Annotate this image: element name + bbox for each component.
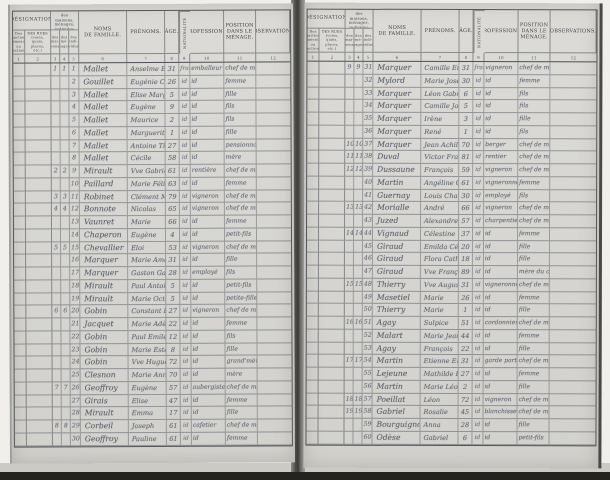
cell-num: 54 xyxy=(363,355,373,368)
cell-menage xyxy=(60,76,69,89)
header-sub-sections: Des quartiers, hameaux ou sections xyxy=(307,29,319,53)
cell-age: 44 xyxy=(459,330,473,343)
cell-sec xyxy=(14,319,26,332)
table-row: 131342MorialleAndré66idvigneronchef de m… xyxy=(307,202,596,216)
cell-sec xyxy=(14,242,26,255)
cell-nat: id xyxy=(180,127,191,140)
cell-nat: id xyxy=(180,165,191,178)
cell-nat: id xyxy=(473,215,484,228)
table-row: 3MalletElise Marguerite5ididfille xyxy=(13,88,290,102)
cell-maison xyxy=(345,266,354,279)
cell-num: 40 xyxy=(363,177,373,190)
cell-maison xyxy=(345,304,354,317)
table-row: 19MiraultMarie Octavie5ididpetite-fille xyxy=(14,292,291,306)
cell-obs xyxy=(257,177,291,190)
cell-nat: id xyxy=(472,432,483,445)
cell-position: fils xyxy=(224,114,256,127)
header-age: ÂGE. xyxy=(459,10,473,53)
cell-profession: id xyxy=(484,292,518,305)
cell-nat: id xyxy=(180,178,191,191)
cell-sec xyxy=(13,115,25,128)
cell-profession: id xyxy=(484,100,518,113)
cell-maison xyxy=(345,342,354,355)
cell-profession: id xyxy=(190,88,224,101)
cell-profession: berger xyxy=(484,139,518,152)
cell-profession: id xyxy=(191,343,225,356)
cell-nom: Gouillet xyxy=(79,76,127,89)
cell-nat: id xyxy=(473,292,484,305)
cell-nat: id xyxy=(181,356,192,369)
cell-position: fils xyxy=(518,100,550,113)
cell-age: 4 xyxy=(166,229,180,242)
cell-obs xyxy=(257,126,291,139)
cell-age: 61 xyxy=(166,165,180,178)
table-row: 21JacquetMarie Adèle22ididfemme xyxy=(14,317,291,331)
cell-rue xyxy=(25,102,51,115)
cell-maison: 12 xyxy=(345,164,354,177)
cell-nom: Mallet xyxy=(79,101,127,114)
cell-maison xyxy=(52,216,61,229)
cell-rue xyxy=(26,140,52,153)
cell-age: 30 xyxy=(459,75,473,88)
table-row: 59BourguignonAnna28ididfille xyxy=(306,419,595,433)
cell-nat: id xyxy=(180,216,191,229)
cell-sec xyxy=(307,406,319,419)
cell-age: 57 xyxy=(459,215,473,228)
cell-prenoms: Mathilde Emilie xyxy=(421,368,459,381)
cell-position: femme xyxy=(225,177,257,190)
cell-num: 46 xyxy=(363,253,373,266)
cell-num: 19 xyxy=(70,293,80,306)
col-number: 12 xyxy=(550,53,596,61)
cell-menage xyxy=(60,114,69,127)
cell-nat: id xyxy=(180,241,191,254)
cell-rue xyxy=(26,153,52,166)
cell-sec xyxy=(15,357,27,370)
cell-num: 35 xyxy=(363,113,373,126)
cell-profession: id xyxy=(191,254,225,267)
cell-obs xyxy=(550,190,596,203)
cell-menage xyxy=(354,291,363,304)
cell-obs xyxy=(258,394,292,407)
cell-prenoms: Vve Gabriel xyxy=(128,165,166,178)
table-row: 111138DuvalVictor François81idrentierche… xyxy=(307,151,596,165)
cell-nat: id xyxy=(180,152,191,165)
cell-position: fille xyxy=(518,304,550,317)
cell-maison xyxy=(51,102,60,115)
cell-prenoms: Eugénie Céline xyxy=(127,76,165,89)
cell-prenoms: André xyxy=(421,202,459,215)
cell-sec xyxy=(13,89,25,102)
cell-menage: 13 xyxy=(354,202,363,215)
table-row: 101037MarquerJean Achille70idbergerchef … xyxy=(307,138,596,152)
header-observations: OBSERVATIONS. xyxy=(256,10,290,53)
cell-menage xyxy=(61,331,70,344)
col-number: 3 xyxy=(345,53,354,61)
cell-profession: id xyxy=(484,75,518,88)
cell-nat: id xyxy=(473,100,484,113)
cell-num: 13 xyxy=(70,216,80,229)
cell-position: fille xyxy=(225,126,257,139)
cell-rue xyxy=(318,419,344,432)
cell-age: 57 xyxy=(167,382,181,395)
cell-profession: garde particulier xyxy=(484,355,518,368)
cell-maison: 19 xyxy=(345,406,354,419)
cell-position: chef de ménage xyxy=(225,190,257,203)
cell-position: chef de ménage xyxy=(518,62,550,75)
cell-nat: id xyxy=(180,331,191,344)
cell-nat: id xyxy=(473,75,484,88)
cell-sec xyxy=(14,255,26,268)
scan-edge-band xyxy=(0,472,610,480)
cell-position: femme xyxy=(518,330,550,343)
cell-position: chef de ménage xyxy=(518,317,550,330)
cell-num: 12 xyxy=(70,204,80,217)
cell-maison: 13 xyxy=(345,202,354,215)
table-row: 10PaillardMarie Félix63ididfemme xyxy=(14,177,291,191)
cell-num: 14 xyxy=(70,229,80,242)
cell-menage xyxy=(354,380,363,393)
cell-prenoms: Marie Léontine xyxy=(421,381,459,394)
cell-num: 36 xyxy=(363,126,373,139)
cell-rue xyxy=(26,127,52,140)
cell-age: 3 xyxy=(459,113,473,126)
cell-menage: 10 xyxy=(354,138,363,151)
cell-num: 49 xyxy=(363,291,373,304)
cell-rue xyxy=(319,278,345,291)
cell-nat: id xyxy=(473,355,484,368)
cell-menage: 18 xyxy=(354,393,363,406)
cell-rue xyxy=(25,114,51,127)
cell-rue xyxy=(319,393,345,406)
cell-menage xyxy=(354,342,363,355)
cell-maison: 4 xyxy=(52,204,61,217)
cell-sec xyxy=(15,395,27,408)
cell-nat: id xyxy=(181,369,192,382)
cell-rue xyxy=(319,329,345,342)
cell-menage xyxy=(354,215,363,228)
cell-menage xyxy=(61,127,70,140)
cell-obs xyxy=(258,419,292,432)
cell-menage xyxy=(61,140,70,153)
cell-rue xyxy=(26,318,52,331)
cell-menage xyxy=(61,229,70,242)
cell-num: 26 xyxy=(71,382,81,395)
cell-maison xyxy=(345,291,354,304)
cell-nat: id xyxy=(473,406,484,419)
cell-sec xyxy=(307,253,319,266)
cell-maison xyxy=(52,280,61,293)
cell-obs xyxy=(550,113,596,126)
cell-prenoms: Marie xyxy=(421,291,459,304)
cell-num: 31 xyxy=(363,62,373,75)
cell-profession: vigneron xyxy=(484,394,518,407)
cell-prenoms: Emma xyxy=(129,407,167,420)
cell-rue xyxy=(26,267,52,280)
cell-menage xyxy=(62,357,71,370)
table-row: 111MalletAnselme Ernest31françaiseemball… xyxy=(13,62,290,76)
cell-nom: Corbeil xyxy=(81,420,129,433)
cell-position: fille xyxy=(224,88,256,101)
col-number: 7 xyxy=(127,54,165,62)
cell-prenoms: Gabriel xyxy=(420,432,458,445)
cell-num: 20 xyxy=(70,306,80,319)
header-designation: DÉSIGNATION xyxy=(308,10,346,29)
cell-prenoms: Elise Marguerite xyxy=(127,88,165,101)
cell-maison xyxy=(345,380,354,393)
cell-age: 45 xyxy=(459,406,473,419)
cell-sec xyxy=(15,408,27,421)
cell-position: chef de ménage xyxy=(225,305,257,318)
cell-rue xyxy=(26,191,52,204)
cell-profession: id xyxy=(192,356,226,369)
table-row: 28MiraultEmma17ididfille xyxy=(15,407,292,421)
cell-obs xyxy=(258,407,292,420)
cell-position: femme xyxy=(226,432,258,445)
cell-nom: Martin xyxy=(373,355,421,368)
cell-nat: id xyxy=(180,292,191,305)
cell-num: 9 xyxy=(70,165,80,178)
cell-age: 5 xyxy=(166,280,180,293)
cell-num: 25 xyxy=(71,369,81,382)
table-row: 23GobinMarie Estelle8ididfille xyxy=(14,343,291,357)
col-number: 2 xyxy=(319,53,345,61)
cell-obs xyxy=(550,330,596,343)
cell-profession: emballeur à façon xyxy=(190,63,224,76)
cell-maison xyxy=(345,176,354,189)
cell-num: 48 xyxy=(363,279,373,292)
census-table-right: DÉSIGNATION NUMÉROS des maisons, ménages… xyxy=(305,9,597,446)
cell-sec xyxy=(307,227,319,240)
cell-obs xyxy=(257,292,291,305)
col-number: 6 xyxy=(79,54,127,62)
cell-obs xyxy=(257,228,291,241)
cell-nom: Morialle xyxy=(373,202,421,215)
cell-rue xyxy=(25,63,51,76)
cell-prenoms: Marie Amélie xyxy=(128,254,166,267)
cell-maison xyxy=(52,293,61,306)
header-observations: OBSERVATIONS. xyxy=(550,10,596,53)
cell-rue xyxy=(319,189,345,202)
cell-rue xyxy=(25,89,51,102)
cell-maison xyxy=(344,419,353,432)
cell-position: fille xyxy=(225,343,257,356)
cell-sec xyxy=(13,64,25,77)
cell-menage xyxy=(61,280,70,293)
cell-prenoms: Joseph xyxy=(129,420,167,433)
cell-num: 4 xyxy=(69,102,79,115)
cell-age: 17 xyxy=(167,407,181,420)
cell-obs xyxy=(257,203,291,216)
table-row: 14ChaperonEugène4ididpetit-fils xyxy=(14,228,291,242)
cell-profession: id xyxy=(190,75,224,88)
cell-position: femme xyxy=(224,75,256,88)
cell-nom: Lejeune xyxy=(373,368,421,381)
cell-menage xyxy=(354,113,363,126)
cell-obs xyxy=(257,139,291,152)
header-noms: NOMS DE FAMILLE. xyxy=(373,10,421,53)
cell-position: fille xyxy=(518,113,550,126)
cell-rue xyxy=(26,229,52,242)
cell-position: fils xyxy=(518,190,550,203)
cell-position: chef de ménage xyxy=(518,164,550,177)
cell-obs xyxy=(549,419,595,432)
table-row: 46GiraudFlora Catherine18ididfille xyxy=(307,253,596,267)
col-number: 10 xyxy=(190,54,224,62)
cell-profession: id xyxy=(191,318,225,331)
table-row: 16MarquerMarie Amélie31ididfille xyxy=(14,254,291,268)
header-numeros: NUMÉROS des maisons, ménages, individus xyxy=(51,11,79,30)
cell-profession: cordonnier xyxy=(484,317,518,330)
cell-age: 18 xyxy=(459,253,473,266)
header-sub-rues: DES RUES (voies, quais, places, etc.) xyxy=(25,30,51,54)
cell-sec xyxy=(14,153,26,166)
cell-prenoms: Alexandre Achille xyxy=(421,215,459,228)
cell-prenoms: Vve Hugues xyxy=(129,356,167,369)
cell-menage xyxy=(61,344,70,357)
cell-maison: 7 xyxy=(53,382,62,395)
cell-maison xyxy=(52,255,61,268)
cell-menage xyxy=(354,368,363,381)
cell-profession: id xyxy=(484,126,518,139)
cell-obs xyxy=(550,88,596,101)
cell-maison: 6 xyxy=(52,306,61,319)
cell-position: femme xyxy=(518,228,550,241)
cell-obs xyxy=(550,203,596,216)
cell-rue xyxy=(26,242,52,255)
cell-menage: 9 xyxy=(354,62,363,75)
cell-sec xyxy=(307,87,319,100)
cell-position: grand'mère xyxy=(226,356,258,369)
cell-rue xyxy=(319,138,345,151)
cell-age: 72 xyxy=(459,394,473,407)
cell-nom: Bonnote xyxy=(80,203,128,216)
cell-obs xyxy=(257,305,291,318)
cell-nom: Giraud xyxy=(373,240,421,253)
cell-age: 27 xyxy=(459,368,473,381)
cell-prenoms: Clément Marie xyxy=(128,190,166,203)
cell-nat: id xyxy=(179,101,190,114)
cell-num: 42 xyxy=(363,202,373,215)
cell-num: 24 xyxy=(71,357,81,370)
cell-sec xyxy=(307,317,319,330)
cell-rue xyxy=(319,380,345,393)
cell-maison: 11 xyxy=(345,151,354,164)
table-row: 30GeoffroyPauline61ididfemme xyxy=(15,432,292,446)
cell-profession: id xyxy=(192,432,226,445)
cell-position: chef de ménage xyxy=(226,420,258,433)
cell-prenoms: Marie Octavie xyxy=(128,292,166,305)
cell-position: femme xyxy=(225,216,257,229)
header-noms: NOMS DE FAMILLE. xyxy=(79,11,127,54)
cell-rue xyxy=(26,178,52,191)
cell-nom: Chaperon xyxy=(80,229,128,242)
table-row: 229MiraultVve Gabriel61idrentièrechef de… xyxy=(14,164,291,178)
cell-prenoms: Paul Emile xyxy=(128,331,166,344)
table-row: 17MarquerGaston Gabriel28idemployéfils xyxy=(14,266,291,280)
cell-maison xyxy=(345,74,354,87)
col-number: 10 xyxy=(484,53,518,61)
cell-age: 51 xyxy=(459,317,473,330)
cell-prenoms: Cécile xyxy=(128,152,166,165)
cell-nat: id xyxy=(473,151,484,164)
cell-menage xyxy=(61,153,70,166)
cell-num: 17 xyxy=(70,267,80,280)
header-sub-maisons: des mai- sons xyxy=(345,29,354,53)
cell-obs xyxy=(550,292,596,305)
cell-maison xyxy=(51,76,60,89)
cell-maison: 9 xyxy=(345,62,354,75)
header-position: POSITION DANS LE MÉNAGE. xyxy=(224,11,256,54)
col-number: 1 xyxy=(307,53,319,61)
cell-profession: id xyxy=(484,113,518,126)
cell-sec xyxy=(307,151,319,164)
cell-nat: id xyxy=(181,407,192,420)
cell-nom: Gabriel xyxy=(373,406,421,419)
cell-nom: Martin xyxy=(373,177,421,190)
cell-prenoms: François xyxy=(421,342,459,355)
cell-rue xyxy=(26,204,52,217)
cell-rue xyxy=(26,306,52,319)
table-row: 43JuzedAlexandre Achille57idcharpentierc… xyxy=(307,215,596,229)
cell-obs xyxy=(257,241,291,254)
cell-sec xyxy=(307,62,319,75)
cell-age: 89 xyxy=(459,266,473,279)
table-row: 40MartinAngéline Clémence61idvigneronnef… xyxy=(307,176,596,190)
cell-nom: Vaunret xyxy=(80,216,128,229)
cell-menage: 15 xyxy=(354,278,363,291)
cell-nat: id xyxy=(180,305,191,318)
cell-position: petit-fils xyxy=(517,432,549,445)
cell-maison xyxy=(52,344,61,357)
cell-rue xyxy=(319,151,345,164)
cell-profession: id xyxy=(484,241,518,254)
cell-profession: vigneronne xyxy=(484,177,518,190)
cell-rue xyxy=(319,227,345,240)
cell-age: 27 xyxy=(166,305,180,318)
cell-prenoms: Maurice xyxy=(127,114,165,127)
cell-maison: 1 xyxy=(51,63,60,76)
cell-age: 63 xyxy=(166,178,180,191)
cell-num: 22 xyxy=(70,331,80,344)
cell-nom: Marquer xyxy=(80,267,128,280)
cell-obs xyxy=(550,177,596,190)
table-row: 34MarquerCamille Joseph5ididfils xyxy=(307,100,596,114)
cell-sec xyxy=(307,380,319,393)
cell-nom: Jacquet xyxy=(80,318,128,331)
cell-obs xyxy=(550,356,596,369)
cell-num: 28 xyxy=(71,408,81,421)
cell-maison xyxy=(345,100,354,113)
cell-nat: id xyxy=(473,381,484,394)
cell-num: 60 xyxy=(362,432,372,445)
cell-maison: 18 xyxy=(345,393,354,406)
cell-nat: id xyxy=(180,139,191,152)
cell-maison xyxy=(51,114,60,127)
cell-menage xyxy=(61,178,70,191)
cell-age: 70 xyxy=(167,369,181,382)
cell-num: 50 xyxy=(363,304,373,317)
cell-rue xyxy=(319,253,345,266)
cell-menage xyxy=(62,408,71,421)
cell-menage: 2 xyxy=(61,165,70,178)
table-row: 56MartinMarie Léontine2ididfille xyxy=(307,380,596,394)
cell-maison: 3 xyxy=(52,191,61,204)
cell-prenoms: Pauline xyxy=(129,433,167,446)
cell-obs xyxy=(550,101,596,114)
cell-maison: 16 xyxy=(345,317,354,330)
cell-age: 5 xyxy=(165,88,179,101)
